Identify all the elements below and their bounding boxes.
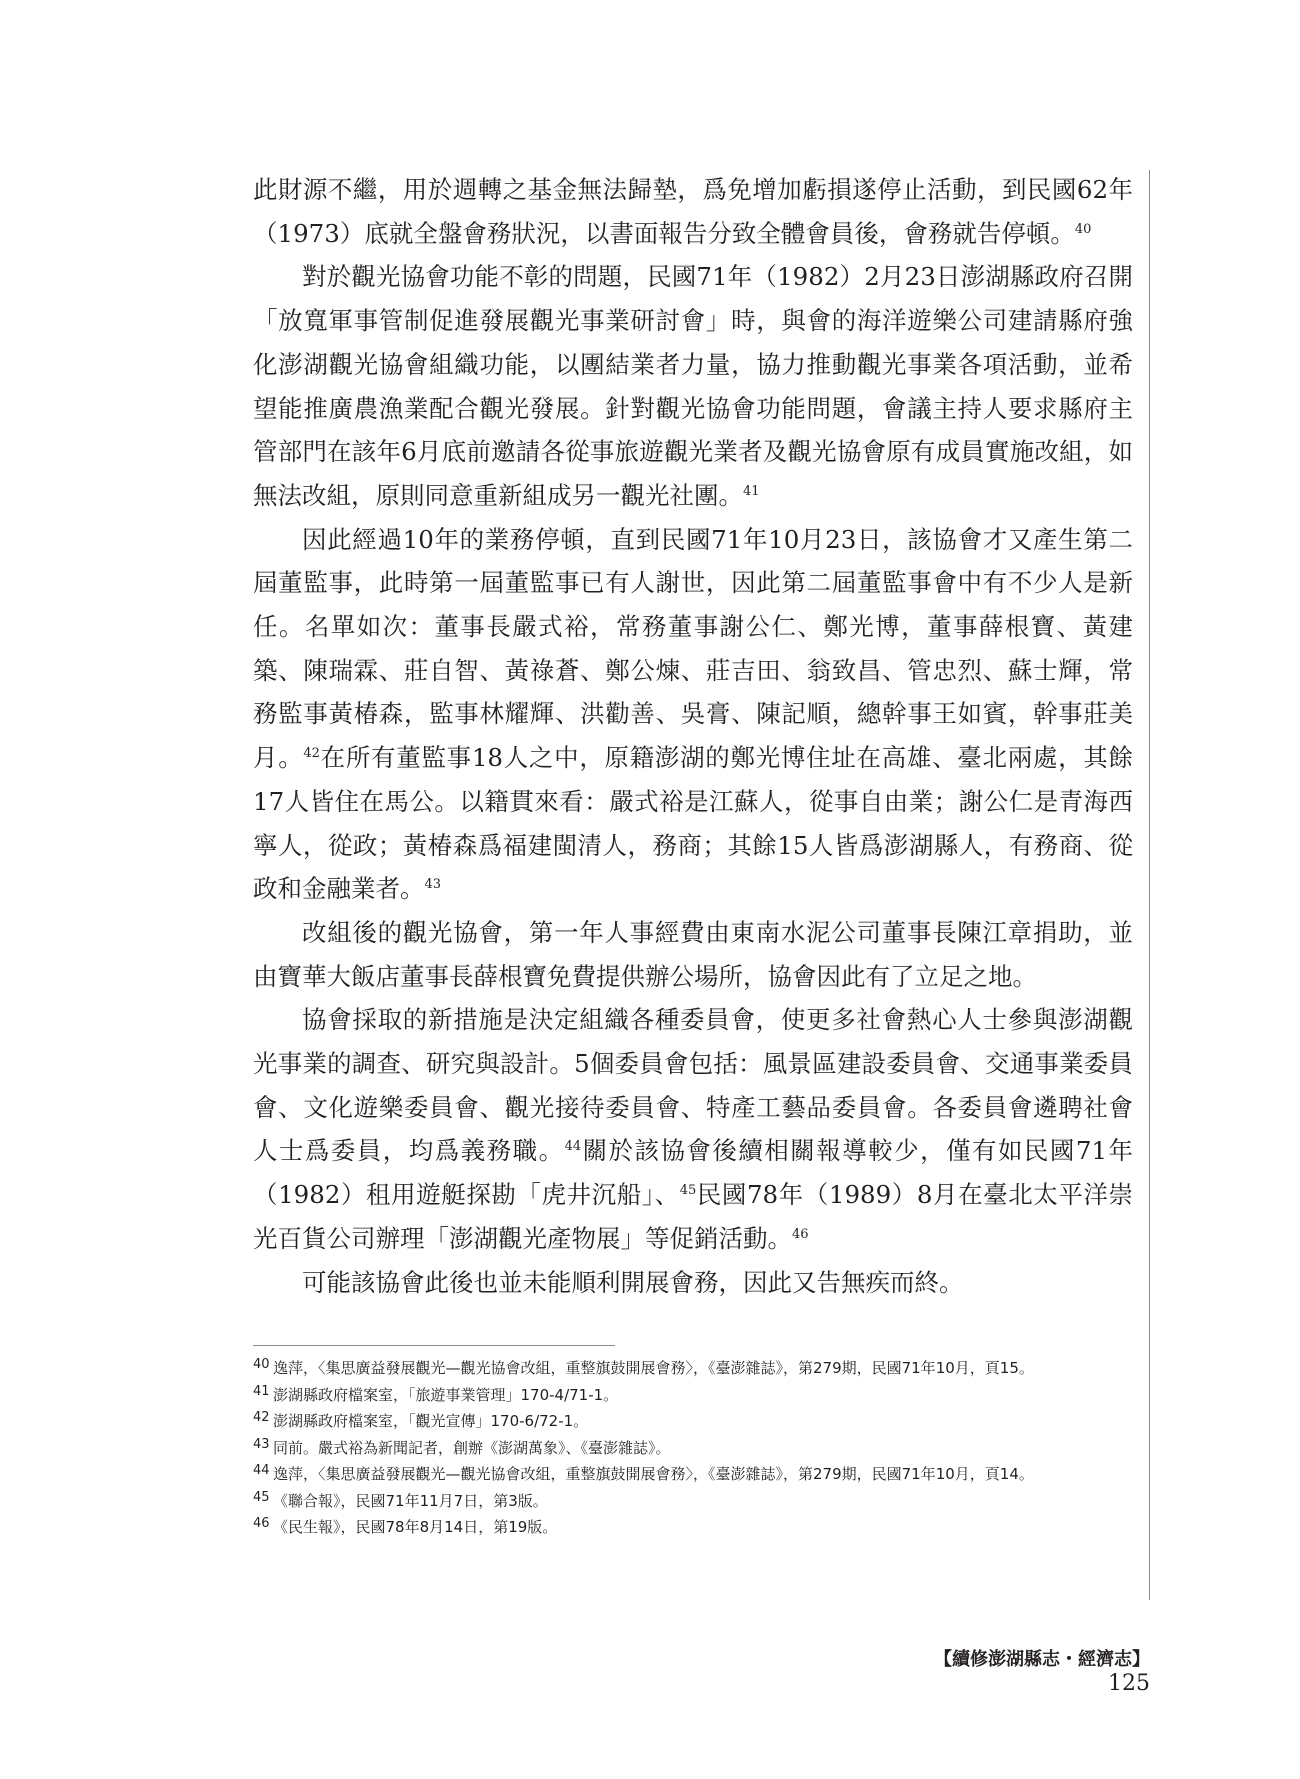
footnote-text: 同前。嚴式裕為新聞記者，創辦《澎湖萬象》、《臺澎雜誌》。 <box>273 1439 671 1457</box>
document-page: 此財源不繼，用於週轉之基金無法歸墊，爲免增加虧損遂停止活動，到民國62年（197… <box>0 0 1300 1779</box>
footnote-text: 澎湖縣政府檔案室，「旅遊事業管理」170-4/71-1。 <box>273 1386 618 1404</box>
footnote-text: 逸萍，〈集思廣益發展觀光—觀光協會改組，重整旗鼓開展會務〉，《臺澎雜誌》，第27… <box>273 1359 1034 1377</box>
footnote-number: 42 <box>253 1405 270 1431</box>
footnotes: 40 逸萍，〈集思廣益發展觀光—觀光協會改組，重整旗鼓開展會務〉，《臺澎雜誌》，… <box>253 1356 1133 1542</box>
footnote-44: 44 逸萍，〈集思廣益發展觀光—觀光協會改組，重整旗鼓開展會務〉，《臺澎雜誌》，… <box>253 1462 1133 1488</box>
paragraph-text: 此財源不繼，用於週轉之基金無法歸墊，爲免增加虧損遂停止活動，到民國62年（197… <box>253 175 1133 248</box>
footnote-ref-42[interactable]: 42 <box>303 746 320 761</box>
footnote-ref-40[interactable]: 40 <box>1075 222 1092 237</box>
paragraph-1: 此財源不繼，用於週轉之基金無法歸墊，爲免增加虧損遂停止活動，到民國62年（197… <box>253 168 1133 255</box>
footnote-41: 41 澎湖縣政府檔案室，「旅遊事業管理」170-4/71-1。 <box>253 1383 1133 1409</box>
footnote-number: 43 <box>253 1432 270 1458</box>
paragraph-6: 可能該協會此後也並未能順利開展會務，因此又告無疾而終。 <box>253 1261 1133 1305</box>
footnote-ref-45[interactable]: 45 <box>680 1183 697 1198</box>
footnote-number: 44 <box>253 1458 270 1484</box>
running-title: 【續修澎湖縣志・經濟志】 <box>934 1649 1150 1670</box>
margin-rule <box>1149 170 1150 1600</box>
footnote-45: 45 《聯合報》，民國71年11月7日，第3版。 <box>253 1489 1133 1515</box>
footnote-43: 43 同前。嚴式裕為新聞記者，創辦《澎湖萬象》、《臺澎雜誌》。 <box>253 1436 1133 1462</box>
footnote-text: 《民生報》，民國78年8月14日，第19版。 <box>273 1518 557 1536</box>
footnote-number: 41 <box>253 1379 270 1405</box>
paragraph-text: 改組後的觀光協會，第一年人事經費由東南水泥公司董事長陳江章捐助，並由寶華大飯店董… <box>253 918 1133 991</box>
running-footer: 【續修澎湖縣志・經濟志】125 <box>880 1645 1150 1696</box>
footnote-ref-43[interactable]: 43 <box>425 877 442 892</box>
footnote-ref-44[interactable]: 44 <box>565 1139 582 1154</box>
footnote-number: 40 <box>253 1352 270 1378</box>
footnote-number: 46 <box>253 1511 270 1537</box>
paragraph-4: 改組後的觀光協會，第一年人事經費由東南水泥公司董事長陳江章捐助，並由寶華大飯店董… <box>253 911 1133 998</box>
footnote-number: 45 <box>253 1485 270 1511</box>
paragraph-text: 因此經過10年的業務停頓，直到民國71年10月23日，該協會才又產生第二屆董監事… <box>253 525 1133 773</box>
paragraph-text: 對於觀光協會功能不彰的問題，民國71年（1982）2月23日澎湖縣政府召開「放寬… <box>253 262 1133 510</box>
paragraph-text: 在所有董監事18人之中，原籍澎湖的鄭光博住址在高雄、臺北兩處，其餘17人皆住在馬… <box>253 743 1133 903</box>
paragraph-text: 可能該協會此後也並未能順利開展會務，因此又告無疾而終。 <box>302 1268 964 1297</box>
footnote-text: 澎湖縣政府檔案室，「觀光宣傳」170-6/72-1。 <box>273 1412 588 1430</box>
body-text: 此財源不繼，用於週轉之基金無法歸墊，爲免增加虧損遂停止活動，到民國62年（197… <box>253 168 1133 1304</box>
page-number: 125 <box>1108 1671 1150 1696</box>
paragraph-2: 對於觀光協會功能不彰的問題，民國71年（1982）2月23日澎湖縣政府召開「放寬… <box>253 255 1133 517</box>
paragraph-5: 協會採取的新措施是決定組織各種委員會，使更多社會熱心人士參與澎湖觀光事業的調查、… <box>253 998 1133 1260</box>
footnote-text: 逸萍，〈集思廣益發展觀光—觀光協會改組，重整旗鼓開展會務〉，《臺澎雜誌》，第27… <box>273 1465 1034 1483</box>
footnote-40: 40 逸萍，〈集思廣益發展觀光—觀光協會改組，重整旗鼓開展會務〉，《臺澎雜誌》，… <box>253 1356 1133 1382</box>
paragraph-3: 因此經過10年的業務停頓，直到民國71年10月23日，該協會才又產生第二屆董監事… <box>253 518 1133 911</box>
footnote-separator <box>253 1345 615 1346</box>
footnote-ref-46[interactable]: 46 <box>792 1227 809 1242</box>
footnote-ref-41[interactable]: 41 <box>743 484 760 499</box>
footnote-text: 《聯合報》，民國71年11月7日，第3版。 <box>273 1492 548 1510</box>
footnote-42: 42 澎湖縣政府檔案室，「觀光宣傳」170-6/72-1。 <box>253 1409 1133 1435</box>
footnote-46: 46 《民生報》，民國78年8月14日，第19版。 <box>253 1515 1133 1541</box>
